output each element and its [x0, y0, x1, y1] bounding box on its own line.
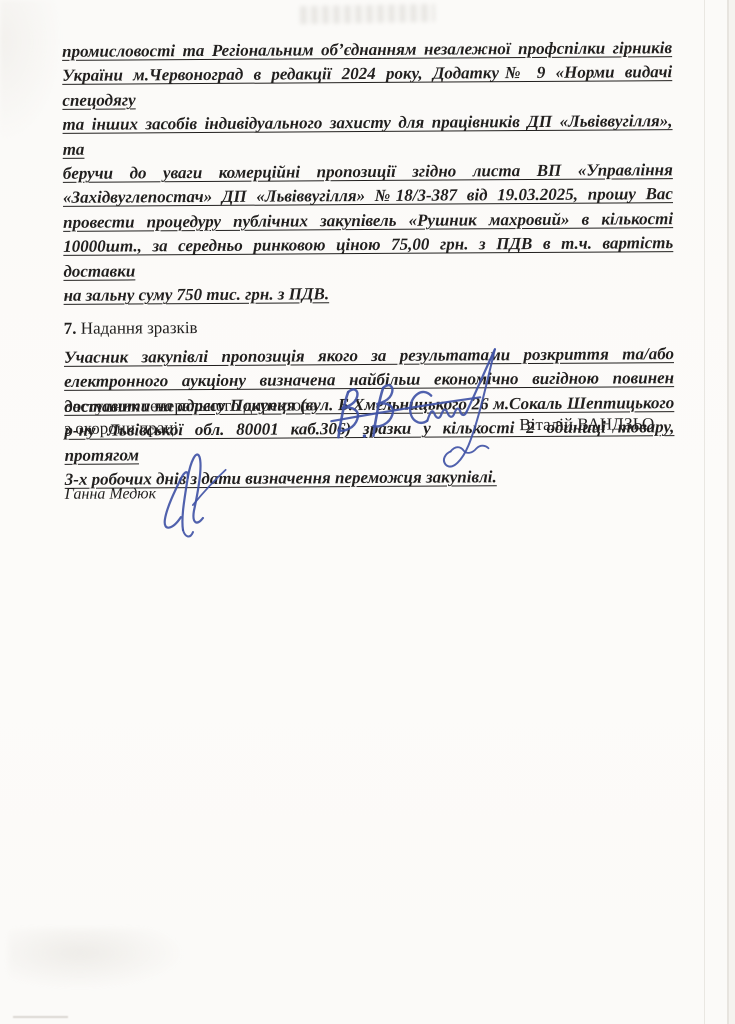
- scanned-document-page: промисловості та Регіональним об’єднання…: [0, 0, 735, 1024]
- doc-line: промисловості та Регіональним об’єднання…: [62, 36, 672, 64]
- section-7-heading: 7. Надання зразків: [64, 314, 674, 342]
- signature-vandzo-icon: [327, 345, 510, 480]
- section-title: Надання зразків: [81, 319, 198, 339]
- faint-stamp-artifact: [300, 4, 435, 24]
- secondary-signer-name: Ганна Медюк: [65, 485, 156, 504]
- paper-fold-line: [704, 0, 705, 1024]
- doc-line: України м.Червоноград в редакції 2024 ро…: [62, 61, 672, 114]
- scan-mark-bottom-left: [13, 1016, 68, 1018]
- paragraph-procurement: промисловості та Регіональним об’єднання…: [62, 36, 674, 308]
- doc-line: 10000шт., за середньо ринковою ціною 75,…: [63, 231, 673, 284]
- signer-position: Заступник генерального директора з охоро…: [64, 394, 364, 440]
- paper-edge-shadow: [729, 0, 735, 1024]
- document-body: промисловості та Регіональним об’єднання…: [62, 36, 678, 1000]
- signature-medyuk-icon: [152, 445, 233, 541]
- doc-line: провести процедуру публічних закупівель …: [63, 207, 673, 235]
- signer-name: Віталій ВАНДЗЬО: [519, 414, 654, 435]
- signer-position-line2: з охорони праці: [64, 416, 364, 440]
- doc-line: беручи до уваги комерційні пропозиції зг…: [63, 158, 673, 186]
- signer-position-line1: Заступник генерального директора: [64, 394, 364, 418]
- scan-noise-corner: [0, 0, 60, 140]
- doc-line: та інших засобів індивідуального захисту…: [62, 109, 672, 162]
- doc-line: на зальну суму 750 тис. грн. з ПДВ.: [63, 280, 673, 308]
- doc-line: «Західвуглепостач» ДП «Львіввугілля» №18…: [63, 183, 673, 211]
- section-number: 7.: [64, 319, 77, 338]
